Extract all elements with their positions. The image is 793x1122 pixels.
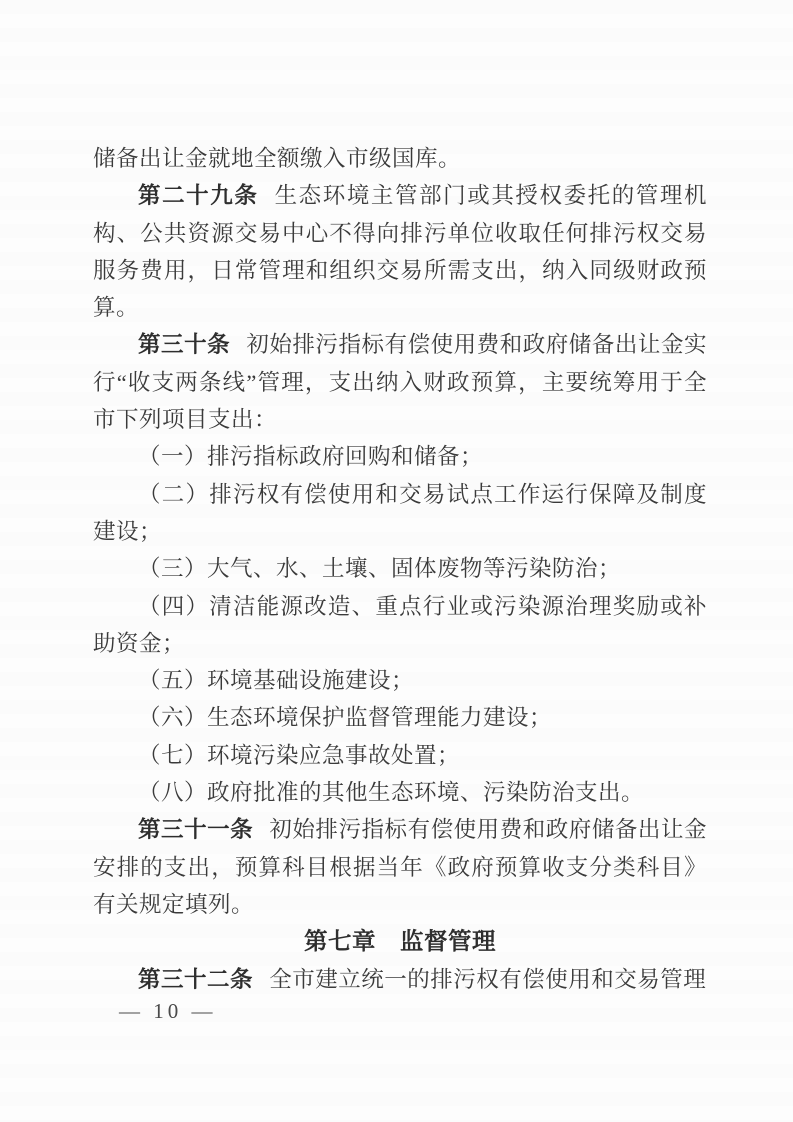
article-29-paragraph: 第二十九条生态环境主管部门或其授权委托的管理机构、公共资源交易中心不得向排污单位… bbox=[93, 177, 707, 326]
list-item-8: （八）政府批准的其他生态环境、污染防治支出。 bbox=[93, 774, 707, 811]
list-item-6: （六）生态环境保护监督管理能力建设； bbox=[93, 699, 707, 736]
article-30-paragraph: 第三十条初始排污指标有偿使用费和政府储备出让金实行“收支两条线”管理，支出纳入财… bbox=[93, 326, 707, 438]
list-item-7: （七）环境污染应急事故处置； bbox=[93, 737, 707, 774]
list-item-3: （三）大气、水、土壤、固体废物等污染防治； bbox=[93, 550, 707, 587]
article-32-label: 第三十二条 bbox=[138, 967, 253, 992]
article-32-paragraph: 第三十二条全市建立统一的排污权有偿使用和交易管理 bbox=[93, 961, 707, 998]
list-item-4: （四）清洁能源改造、重点行业或污染源治理奖励或补助资金； bbox=[93, 588, 707, 663]
article-32-text: 全市建立统一的排污权有偿使用和交易管理 bbox=[269, 967, 706, 992]
chapter-heading: 第七章 监督管理 bbox=[93, 923, 707, 960]
article-31-label: 第三十一条 bbox=[138, 817, 253, 842]
list-item-1: （一）排污指标政府回购和储备； bbox=[93, 438, 707, 475]
list-item-2: （二）排污权有偿使用和交易试点工作运行保障及制度建设； bbox=[93, 476, 707, 551]
page-number: — 10 — bbox=[119, 999, 217, 1024]
article-31-paragraph: 第三十一条初始排污指标有偿使用费和政府储备出让金安排的支出，预算科目根据当年《政… bbox=[93, 811, 707, 923]
document-body: 储备出让金就地全额缴入市级国库。 第二十九条生态环境主管部门或其授权委托的管理机… bbox=[93, 140, 707, 998]
continuation-paragraph: 储备出让金就地全额缴入市级国库。 bbox=[93, 140, 707, 177]
article-30-label: 第三十条 bbox=[138, 332, 230, 357]
document-page: 储备出让金就地全额缴入市级国库。 第二十九条生态环境主管部门或其授权委托的管理机… bbox=[0, 0, 793, 1122]
article-29-label: 第二十九条 bbox=[138, 183, 258, 208]
list-item-5: （五）环境基础设施建设； bbox=[93, 662, 707, 699]
